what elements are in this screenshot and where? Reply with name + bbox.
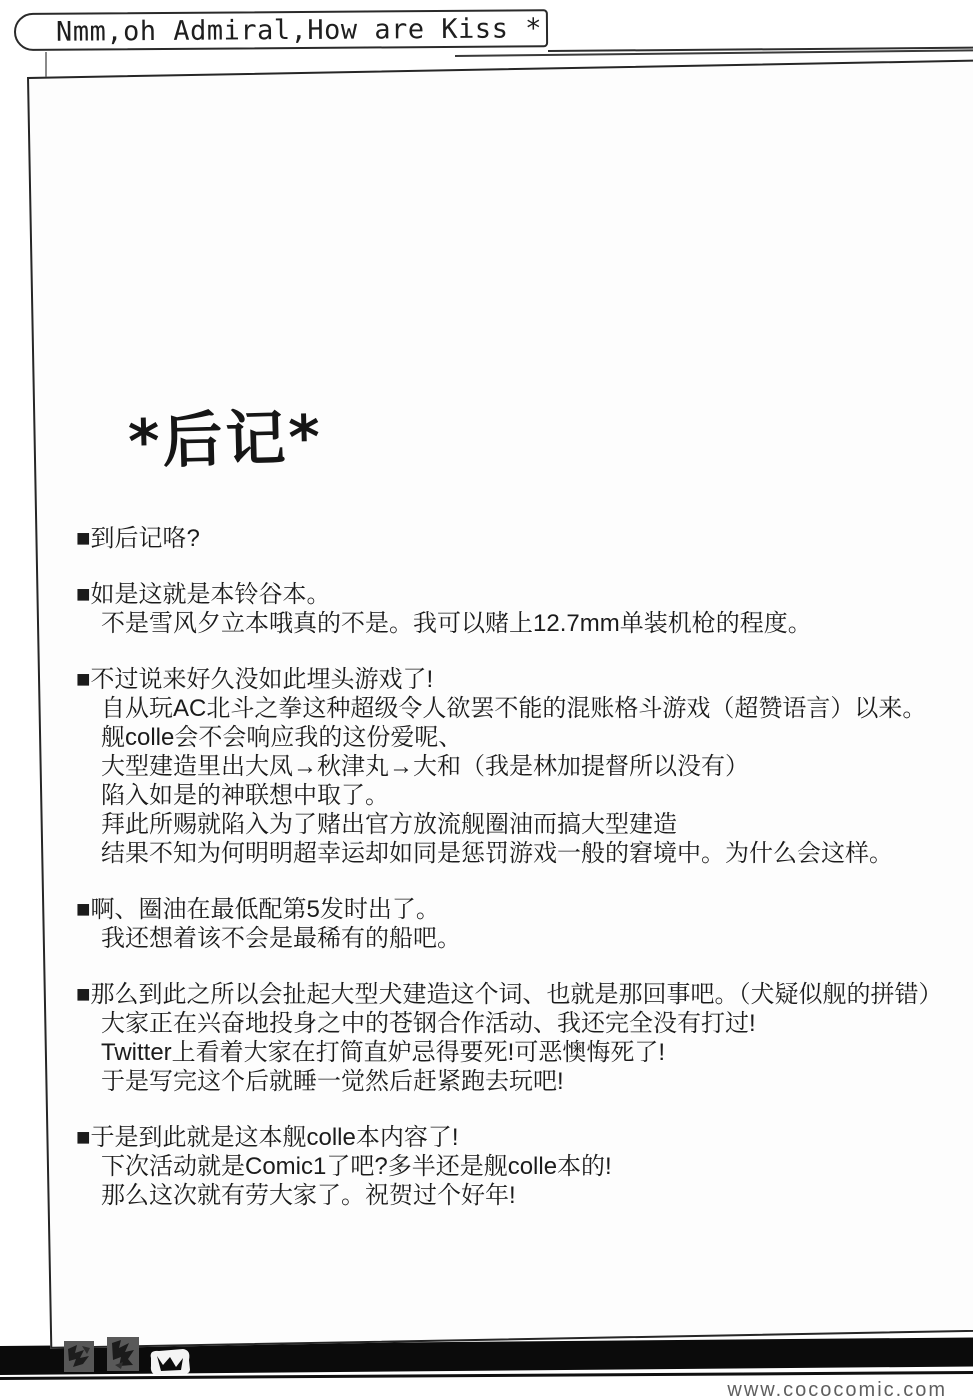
text-line: 于是写完这个后就睡一觉然后赶紧跑去玩吧!	[76, 1067, 956, 1096]
text-line: ■于是到此就是这本舰colle本内容了!	[76, 1123, 956, 1152]
paragraph: ■如是这就是本铃谷本。不是雪风夕立本哦真的不是。我可以赌上12.7mm单装机枪的…	[76, 580, 956, 638]
text-line: ■那么到此之所以会扯起大型犬建造这个词、也就是那回事吧。（犬疑似舰的拼错）	[76, 980, 956, 1009]
comic-page: Nmm,oh Admiral,How are Kiss * *后记* ■到后记咯…	[0, 0, 973, 1400]
header-title: Nmm,oh Admiral,How are Kiss *	[56, 13, 542, 47]
paragraph: ■那么到此之所以会扯起大型犬建造这个词、也就是那回事吧。（犬疑似舰的拼错）大家正…	[76, 980, 956, 1096]
text-line: ■不过说来好久没如此埋头游戏了!	[76, 665, 956, 694]
text-line: Twitter上看着大家在打简直妒忌得要死!可恶懊悔死了!	[76, 1038, 956, 1067]
text-line: 大家正在兴奋地投身之中的苍钢合作活动、我还完全没有打过!	[76, 1009, 956, 1038]
text-line: 结果不知为何明明超幸运却如同是惩罚游戏一般的窘境中。为什么会这样。	[76, 839, 956, 868]
text-line: 大型建造里出大凤→秋津丸→大和（我是林加提督所以没有）	[76, 752, 956, 781]
stamp-art-3-icon	[149, 1348, 191, 1376]
text-line: ■到后记咯?	[76, 524, 956, 553]
text-line: ■如是这就是本铃谷本。	[76, 580, 956, 609]
afterword-text: ■到后记咯?■如是这就是本铃谷本。不是雪风夕立本哦真的不是。我可以赌上12.7m…	[76, 524, 956, 1210]
text-line: 陷入如是的神联想中取了。	[76, 781, 956, 810]
text-line: 自从玩AC北斗之拳这种超级令人欲罢不能的混账格斗游戏（超赞语言）以来。	[76, 694, 956, 723]
text-line: 下次活动就是Comic1了吧?多半还是舰colle本的!	[76, 1152, 956, 1181]
text-line: ■啊、圈油在最低配第5发时出了。	[76, 895, 956, 924]
paragraph: ■到后记咯?	[76, 524, 956, 553]
text-line: 舰colle会不会响应我的这份爱呢、	[76, 723, 956, 752]
paragraph: ■啊、圈油在最低配第5发时出了。我还想着该不会是最稀有的船吧。	[76, 895, 956, 953]
stamp-art-2-icon	[107, 1337, 139, 1371]
text-line: 拜此所赐就陷入为了赌出官方放流舰圈油而搞大型建造	[76, 810, 956, 839]
header-pill: Nmm,oh Admiral,How are Kiss *	[14, 9, 548, 51]
text-line: 那么这次就有劳大家了。祝贺过个好年!	[76, 1181, 956, 1210]
text-line: 我还想着该不会是最稀有的船吧。	[76, 924, 956, 953]
paragraph: ■于是到此就是这本舰colle本内容了!下次活动就是Comic1了吧?多半还是舰…	[76, 1123, 956, 1210]
site-url: www.cococomic.com	[727, 1379, 947, 1400]
text-line: 不是雪风夕立本哦真的不是。我可以赌上12.7mm单装机枪的程度。	[76, 609, 956, 638]
stamp-art-1-icon	[64, 1341, 94, 1372]
paragraph: ■不过说来好久没如此埋头游戏了!自从玩AC北斗之拳这种超级令人欲罢不能的混账格斗…	[76, 665, 956, 868]
afterword-title: *后记*	[127, 389, 324, 480]
